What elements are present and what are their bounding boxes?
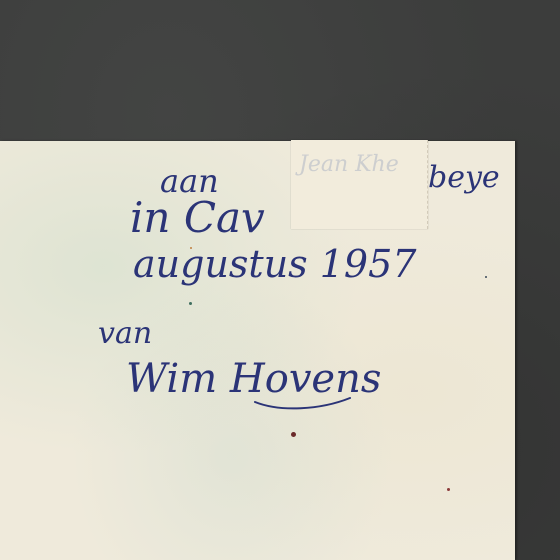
signature-flourish <box>0 0 560 560</box>
ink-speck <box>189 302 192 305</box>
ink-speck <box>190 247 192 249</box>
ink-speck <box>291 432 296 437</box>
ink-speck <box>447 488 450 491</box>
ink-speck <box>485 276 487 278</box>
